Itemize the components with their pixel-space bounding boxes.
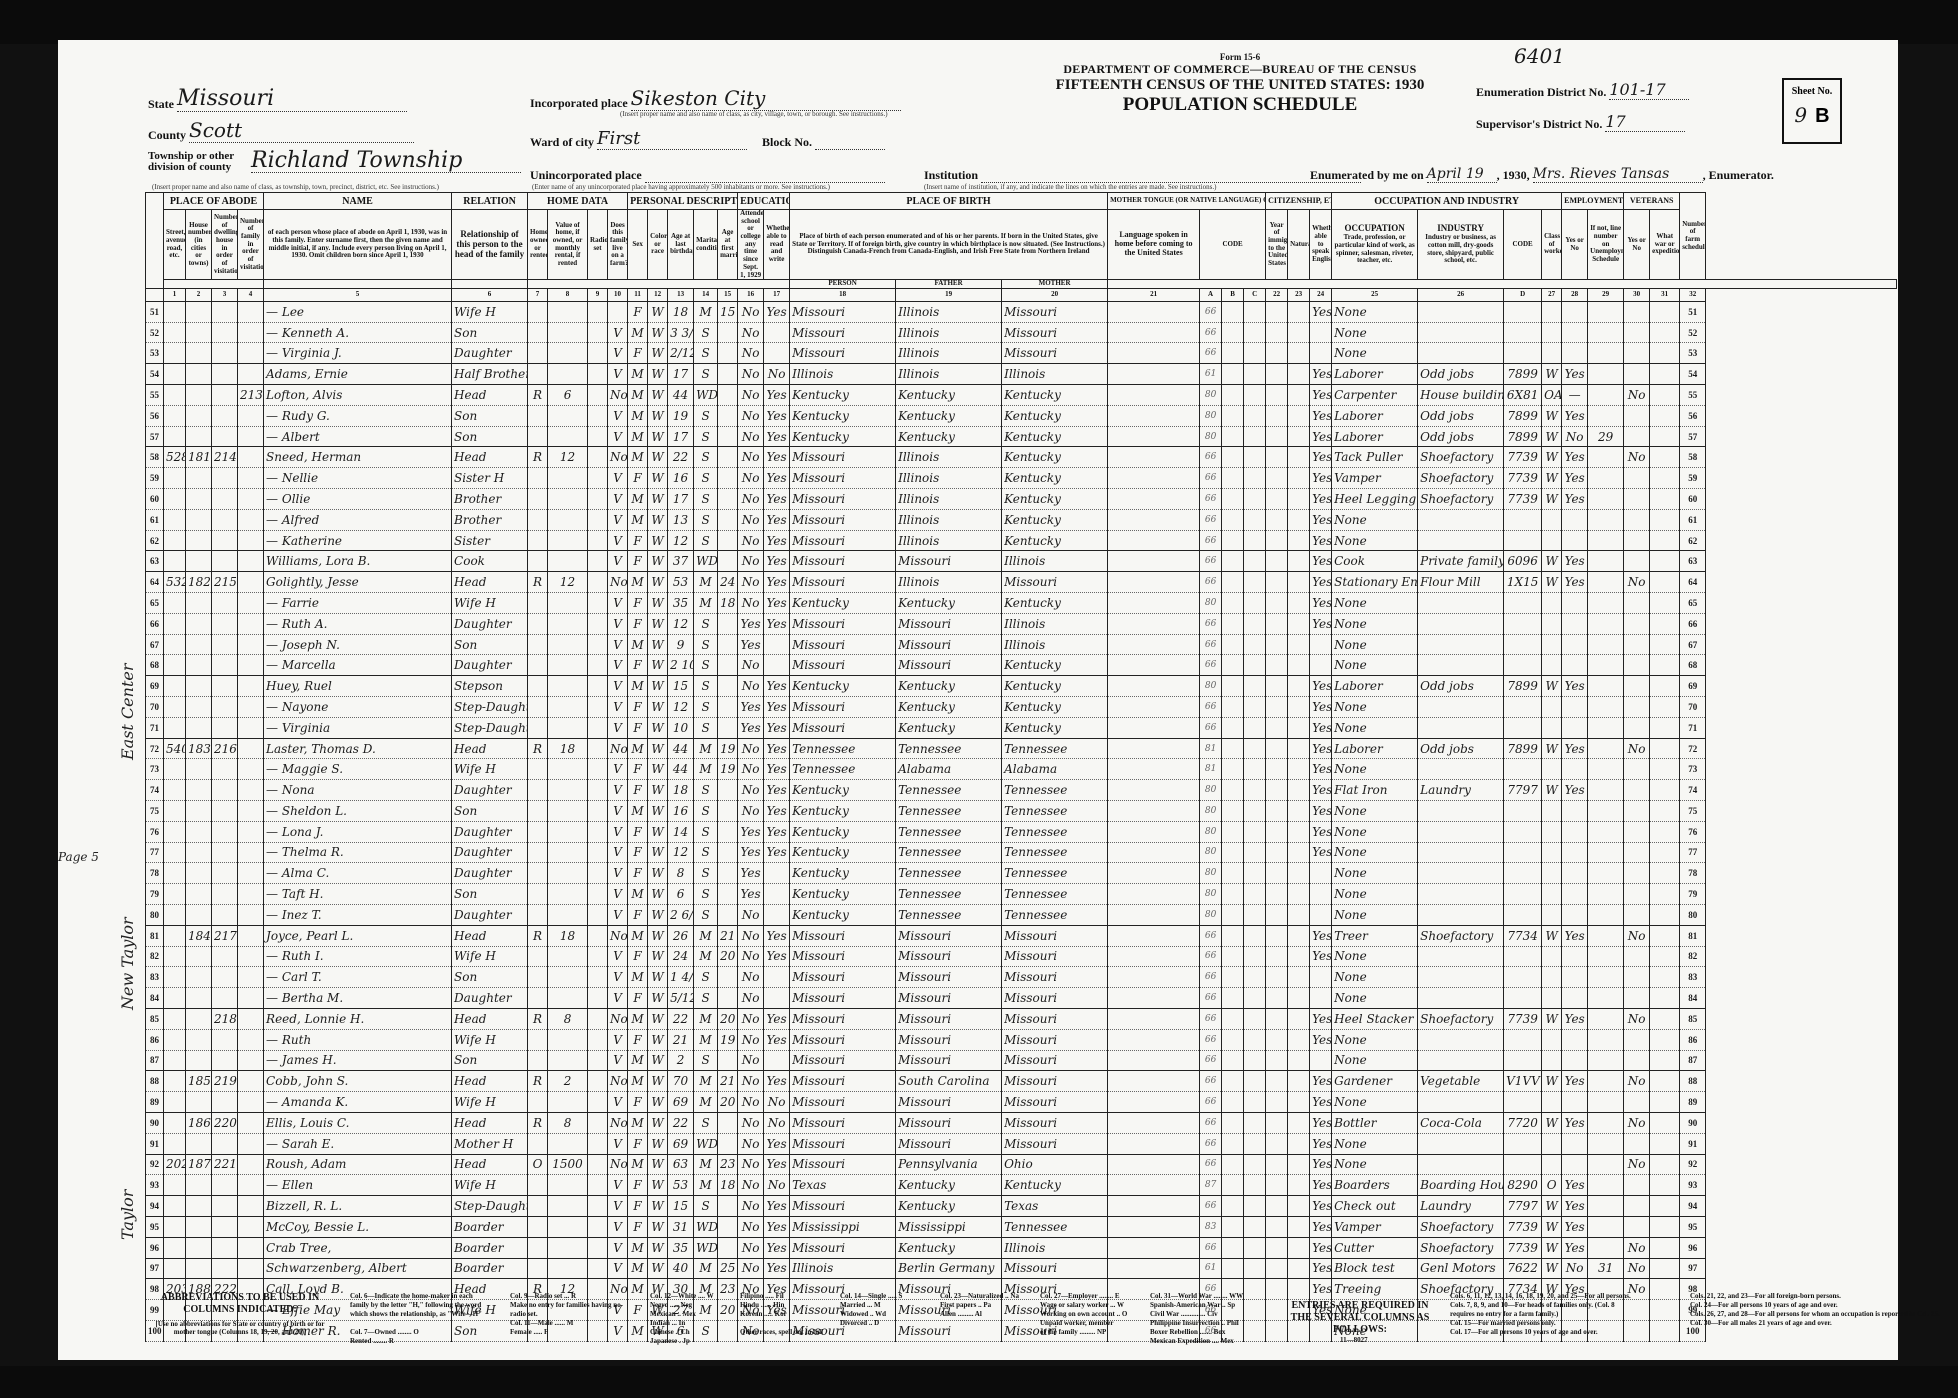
cell-race: W [648,551,668,572]
cell-age: 21 [668,1029,694,1050]
cell-code: 80 [1200,842,1222,863]
cell-immigration [1266,655,1288,676]
cell-unemp [1588,364,1624,385]
cell-english: Yes [1310,1196,1332,1217]
state-label: State [148,97,174,111]
cell-radio [588,863,608,884]
cell-radio [588,1154,608,1175]
cell-birth-mother: Illinois [1002,634,1108,655]
cell-code-b [1222,884,1244,905]
cell-owned: R [528,925,548,946]
cell-code-b [1222,946,1244,967]
cell-value [548,1029,588,1050]
cell-immigration [1266,738,1288,759]
cell-birth-person: Missouri [790,1050,896,1071]
col-english: Whether able to speak English [1310,210,1332,280]
cell-industry [1418,509,1504,530]
cell-radio [588,1008,608,1029]
col-father: FATHER [896,280,1002,289]
cell-read: Yes [764,1008,790,1029]
cell-school: No [738,509,764,530]
cell-at-work: Yes [1562,364,1588,385]
cell-age-marriage [718,634,738,655]
col-tongue-code: CODE [1200,210,1266,280]
cell-read: Yes [764,1133,790,1154]
cell-at-work [1562,842,1588,863]
cell-sex: M [628,322,648,343]
cell-occupation: Laborer [1332,738,1418,759]
cell-worker-class [1542,821,1562,842]
cell-street: 528 [164,447,186,468]
cell-english: Yes [1310,1112,1332,1133]
group-relation: RELATION [452,193,528,210]
cell-house [186,364,212,385]
cell-relation: Sister H [452,468,528,489]
required-entries-title: ENTRIES ARE REQUIRED IN THE SEVERAL COLU… [1280,1300,1440,1336]
cell-age: 5/12 [668,988,694,1009]
cell-school: No [738,1196,764,1217]
cell-house [186,697,212,718]
footer-col27: Col. 27—Employer ........ E Wage or sala… [1040,1292,1127,1337]
cell-radio [588,301,608,322]
cell-code-c [1244,780,1266,801]
cell-immigration [1266,447,1288,468]
cell-birth-father: Alabama [896,759,1002,780]
cell-code-b [1222,821,1244,842]
cell-age: 22 [668,1008,694,1029]
cell-code: 81 [1200,759,1222,780]
cell-age: 63 [668,1154,694,1175]
cell-street [164,1258,186,1279]
sheet-side: B [1815,105,1829,127]
cell-house [186,1029,212,1050]
cell-owned [528,759,548,780]
cell-dwelling: 221 [212,1154,238,1175]
cell-war [1650,842,1680,863]
cell-sex: M [628,447,648,468]
cell-age-marriage [718,530,738,551]
cell-marital: S [694,821,718,842]
cell-veteran [1624,468,1650,489]
cell-language [1108,780,1200,801]
col-sex: Sex [628,210,648,280]
cell-occupation: Check out [1332,1196,1418,1217]
column-number: 7 [528,288,548,301]
cell-age-marriage [718,1216,738,1237]
cell-english: Yes [1310,676,1332,697]
required-entries-1: Cols. 6, 11, 12, 13, 14, 16, 18, 19, 20,… [1450,1292,1631,1337]
cell-code-c [1244,1050,1266,1071]
cell-industry [1418,904,1504,925]
column-number: 3 [212,288,238,301]
line-number-right: 78 [1680,863,1706,884]
cell-age-marriage: 25 [718,1258,738,1279]
cell-occupation: None [1332,509,1418,530]
cell-dwelling [212,676,238,697]
ward-label: Ward of city [530,135,594,149]
state-value: Missouri [177,86,407,112]
cell-farm: V [608,1175,628,1196]
column-number: 30 [1624,288,1650,301]
cell-marital: S [694,426,718,447]
cell-family [238,925,264,946]
cell-relation: Son [452,801,528,822]
cell-code: 66 [1200,1008,1222,1029]
cell-veteran [1624,717,1650,738]
cell-worker-class: W [1542,738,1562,759]
cell-immigration [1266,385,1288,406]
cell-english [1310,322,1332,343]
cell-owned [528,821,548,842]
cell-code-c [1244,697,1266,718]
cell-war [1650,385,1680,406]
cell-worker-class: W [1542,1216,1562,1237]
table-row: 82— Ruth I.Wife HVFW24M20NoYesMissouriMi… [146,946,1897,967]
cell-age-marriage [718,426,738,447]
footer-col31: Col. 31—World War ........ WW Spanish-Am… [1150,1292,1243,1347]
cell-birth-father: Kentucky [896,385,1002,406]
cell-birth-person: Tennessee [790,738,896,759]
cell-birth-mother: Missouri [1002,1133,1108,1154]
group-place-of-abode: PLACE OF ABODE [164,193,264,210]
table-row: 74— NonaDaughterVFW18SNoYesKentuckyTenne… [146,780,1897,801]
cell-name: — Taft H. [264,884,452,905]
cell-farm: V [608,697,628,718]
cell-farm: V [608,863,628,884]
cell-language [1108,1175,1200,1196]
cell-birth-person: Kentucky [790,405,896,426]
cell-code-b [1222,1154,1244,1175]
cell-house [186,1258,212,1279]
cell-house [186,988,212,1009]
cell-birth-person: Missouri [790,322,896,343]
cell-code-c [1244,489,1266,510]
cell-language [1108,988,1200,1009]
cell-radio [588,697,608,718]
cell-birth-father: Missouri [896,551,1002,572]
cell-birth-father: Pennsylvania [896,1154,1002,1175]
cell-code: 80 [1200,904,1222,925]
cell-value [548,364,588,385]
abode-spacer [164,280,264,289]
cell-occupation: None [1332,655,1418,676]
cell-race: W [648,322,668,343]
table-row: 59— NellieSister HVFW16SNoYesMissouriIll… [146,468,1897,489]
cell-age: 15 [668,676,694,697]
line-number: 95 [146,1216,164,1237]
cell-value [548,489,588,510]
cell-farm: V [608,530,628,551]
cell-value [548,301,588,322]
cell-unemp [1588,1029,1624,1050]
cell-code-b [1222,1133,1244,1154]
cell-naturalization [1288,551,1310,572]
cell-value [548,405,588,426]
cell-sex: M [628,634,648,655]
cell-value [548,426,588,447]
cell-occupation: Carpenter [1332,385,1418,406]
cell-value: 18 [548,738,588,759]
table-row: 81184217Joyce, Pearl L.HeadR18NoMW26M21N… [146,925,1897,946]
cell-family [238,572,264,593]
cell-code: 66 [1200,489,1222,510]
cell-unemp [1588,842,1624,863]
cell-radio [588,717,608,738]
cell-radio [588,489,608,510]
cell-owned [528,780,548,801]
cell-street [164,717,186,738]
cell-naturalization [1288,322,1310,343]
cell-name: Lofton, Alvis [264,385,452,406]
cell-occ-code: 7899 [1504,364,1542,385]
cell-value [548,821,588,842]
cell-school: No [738,1008,764,1029]
cell-value [548,676,588,697]
cell-read: Yes [764,1237,790,1258]
cell-family [238,967,264,988]
cell-language [1108,634,1200,655]
cell-birth-father: Illinois [896,530,1002,551]
cell-dwelling: 216 [212,738,238,759]
cell-age-marriage [718,655,738,676]
cell-immigration [1266,780,1288,801]
cell-value [548,509,588,530]
cell-value: 8 [548,1008,588,1029]
cell-birth-mother: Kentucky [1002,426,1108,447]
cell-owned [528,988,548,1009]
cell-naturalization [1288,364,1310,385]
cell-naturalization [1288,780,1310,801]
group-name: NAME [264,193,452,210]
cell-race: W [648,364,668,385]
cell-occ-code: 6096 [1504,551,1542,572]
cell-immigration [1266,1008,1288,1029]
cell-birth-father: South Carolina [896,1071,1002,1092]
cell-value [548,1196,588,1217]
cell-birth-father: Missouri [896,925,1002,946]
cell-immigration [1266,1029,1288,1050]
line-number: 69 [146,676,164,697]
line-number-right: 87 [1680,1050,1706,1071]
cell-read: Yes [764,697,790,718]
col-farm-schedule: Number of farm schedule [1680,193,1706,280]
cell-house [186,801,212,822]
cell-read: Yes [764,1216,790,1237]
cell-immigration [1266,1092,1288,1113]
table-row: 57— AlbertSonVMW17SNoYesKentuckyKentucky… [146,426,1897,447]
cell-code-c [1244,655,1266,676]
cell-school: No [738,988,764,1009]
cell-worker-class [1542,904,1562,925]
cell-marital: M [694,1258,718,1279]
cell-naturalization [1288,988,1310,1009]
cell-language [1108,655,1200,676]
cell-value: 6 [548,385,588,406]
cell-code: 80 [1200,884,1222,905]
cell-relation: Mother H [452,1133,528,1154]
cell-industry: Shoefactory [1418,1008,1504,1029]
cell-farm: V [608,717,628,738]
cell-war [1650,468,1680,489]
cell-name: — Amanda K. [264,1092,452,1113]
cell-code-c [1244,572,1266,593]
cell-school: Yes [738,634,764,655]
cell-street [164,634,186,655]
cell-birth-person: Missouri [790,1092,896,1113]
cell-code-b [1222,925,1244,946]
cell-farm: No [608,1008,628,1029]
cell-code-b [1222,1071,1244,1092]
table-row: 58528181214Sneed, HermanHeadR12NoMW22SNo… [146,447,1897,468]
cell-immigration [1266,551,1288,572]
cell-dwelling [212,717,238,738]
cell-age-marriage: 19 [718,1029,738,1050]
cell-unemp: 29 [1588,426,1624,447]
cell-birth-person: Missouri [790,946,896,967]
cell-read: Yes [764,925,790,946]
cell-veteran: No [1624,1258,1650,1279]
cell-relation: Son [452,322,528,343]
cell-war [1650,405,1680,426]
cell-code-c [1244,322,1266,343]
cell-birth-mother: Missouri [1002,1050,1108,1071]
cell-marital: S [694,1196,718,1217]
cell-industry: Flour Mill [1418,572,1504,593]
table-row: 66— Ruth A.DaughterVFW12SYesYesMissouriM… [146,613,1897,634]
cell-code-c [1244,1071,1266,1092]
line-number-right: 75 [1680,801,1706,822]
cell-unemp [1588,322,1624,343]
cell-naturalization [1288,946,1310,967]
cell-birth-mother: Illinois [1002,551,1108,572]
county-value: Scott [189,118,414,143]
cell-birth-father: Kentucky [896,1237,1002,1258]
table-row: 88185219Cobb, John S.HeadR2NoMW70M21NoYe… [146,1071,1897,1092]
cell-school: No [738,468,764,489]
cell-occupation: None [1332,717,1418,738]
cell-worker-class [1542,530,1562,551]
cell-occ-code [1504,697,1542,718]
cell-house [186,301,212,322]
margin-street-taylor: Taylor [118,1190,137,1240]
ed-value: 101-17 [1609,80,1689,100]
cell-farm: No [608,447,628,468]
cell-farm: V [608,1092,628,1113]
cell-code-c [1244,967,1266,988]
cell-school: No [738,426,764,447]
cell-name: Crab Tree, [264,1237,452,1258]
cell-immigration [1266,530,1288,551]
table-row: 52— Kenneth A.SonVMW3 3/12SNoMissouriIll… [146,322,1897,343]
cell-street [164,1029,186,1050]
table-row: 72540183216Laster, Thomas D.HeadR18NoMW4… [146,738,1897,759]
cell-race: W [648,1050,668,1071]
cell-birth-person: Kentucky [790,593,896,614]
cell-value [548,1258,588,1279]
cell-industry [1418,1092,1504,1113]
line-number-right: 86 [1680,1029,1706,1050]
cell-code-c [1244,821,1266,842]
cell-name: Adams, Ernie [264,364,452,385]
cell-veteran [1624,1029,1650,1050]
cell-name: — Sheldon L. [264,801,452,822]
cell-value [548,759,588,780]
cell-house [186,863,212,884]
line-number: 59 [146,468,164,489]
cell-school: No [738,925,764,946]
cell-veteran [1624,1092,1650,1113]
county-label: County [148,128,186,142]
cell-veteran: No [1624,1071,1650,1092]
cell-name: — Farrie [264,593,452,614]
cell-birth-person: Kentucky [790,821,896,842]
stamp-number: 6401 [1514,44,1565,68]
cell-marital: S [694,613,718,634]
cell-farm: V [608,426,628,447]
cell-marital: WD [694,1133,718,1154]
cell-name: — Kenneth A. [264,322,452,343]
cell-at-work [1562,1050,1588,1071]
cell-school: No [738,780,764,801]
cell-occ-code: 7739 [1504,1216,1542,1237]
cell-code-c [1244,1112,1266,1133]
cell-house [186,1050,212,1071]
cell-occupation: Heel Legging [1332,489,1418,510]
cell-street: 540 [164,738,186,759]
cell-code-c [1244,426,1266,447]
cell-code: 66 [1200,1133,1222,1154]
cell-code-c [1244,385,1266,406]
cell-worker-class [1542,343,1562,364]
col-name: of each person whose place of abode on A… [264,210,452,280]
cell-worker-class [1542,509,1562,530]
cell-worker-class: W [1542,1196,1562,1217]
cell-naturalization [1288,1092,1310,1113]
cell-name: — Ollie [264,489,452,510]
cell-occupation: Vamper [1332,1216,1418,1237]
cell-naturalization [1288,884,1310,905]
cell-language [1108,489,1200,510]
cell-language [1108,551,1200,572]
cell-code-b [1222,572,1244,593]
cell-house: 186 [186,1112,212,1133]
cell-owned: R [528,447,548,468]
cell-birth-person: Missouri [790,1112,896,1133]
cell-relation: Daughter [452,613,528,634]
cell-farm: V [608,468,628,489]
cell-read: Yes [764,572,790,593]
col-naturalization: Naturalization [1288,210,1310,280]
line-number: 70 [146,697,164,718]
cell-house [186,1196,212,1217]
cell-birth-mother: Missouri [1002,572,1108,593]
cell-at-work [1562,863,1588,884]
cell-veteran: No [1624,572,1650,593]
cell-birth-mother: Illinois [1002,1237,1108,1258]
cell-school: No [738,572,764,593]
table-row: 65— FarrieWife HVFW35M18NoYesKentuckyKen… [146,593,1897,614]
cell-veteran [1624,697,1650,718]
column-number: 14 [694,288,718,301]
cell-read: Yes [764,593,790,614]
cell-occ-code: 7739 [1504,1237,1542,1258]
cell-age: 22 [668,447,694,468]
column-number: 20 [1002,288,1108,301]
cell-war [1650,759,1680,780]
cell-marital: M [694,1092,718,1113]
cell-birth-person: Kentucky [790,780,896,801]
line-number: 97 [146,1258,164,1279]
